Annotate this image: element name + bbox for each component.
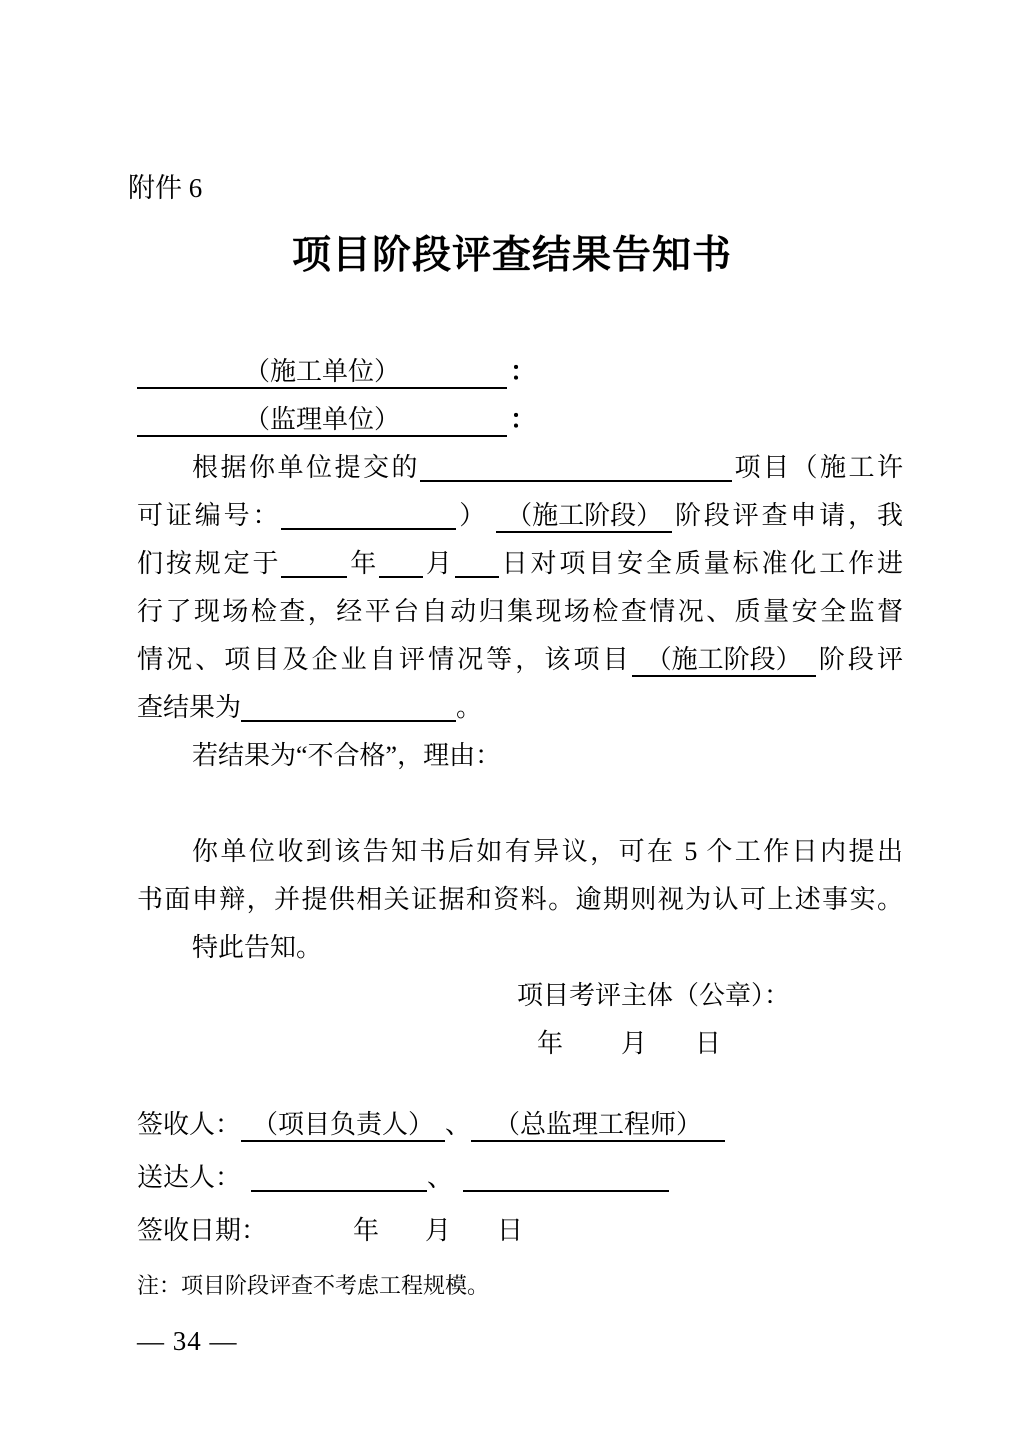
stage-blank: （施工阶段） [496,501,672,533]
text-segment: 行了现场检查，经平台自动归集现场检查情况、质量安全监督 [137,597,903,626]
result-blank [241,694,456,722]
text-segment: 书面申辩，并提供相关证据和资料。逾期则视为认可上述事实。 [137,885,903,914]
body-line-12: 特此告知。 [137,924,903,972]
stage-blank-2: （施工阶段） [632,645,816,677]
supervision-unit-label: （监理单位） [244,405,400,434]
receipt-day-label: 日 [497,1216,523,1245]
body-line-10: 你单位收到该告知书后如有异议，可在 5 个工作日内提出 [137,828,903,876]
construction-unit-label: （施工单位） [244,357,400,386]
construction-unit-colon: ： [510,357,536,386]
signer-line: 签收人：（项目负责人）、（总监理工程师） [137,1098,903,1151]
body-line-7: 情况、项目及企业自评情况等，该项目（施工阶段）阶段评 [137,636,903,684]
issue-month-label: 月 [621,1029,647,1058]
construction-unit-blank: （施工单位） [137,357,507,389]
day-blank [455,550,499,578]
deliverer-label: 送达人： [137,1163,241,1192]
body-line-6: 行了现场检查，经平台自动归集现场检查情况、质量安全监督 [137,588,903,636]
page-number: — 34 — [137,1322,238,1360]
permit-number-blank [281,502,456,530]
stage-label: （施工阶段） [646,645,802,674]
deliverer-blank-2 [463,1164,669,1192]
receipt-year-label: 年 [353,1216,379,1245]
text-segment: 查结果为 [137,693,241,722]
signer-role-1: （项目负责人） [252,1110,434,1139]
issue-year-label: 年 [537,1029,563,1058]
blank-line [137,780,903,828]
project-name-blank [420,454,732,482]
text-segment: 若结果为“不合格”，理由： [192,741,501,770]
issue-day-label: 日 [695,1029,721,1058]
text-segment: 。 [456,693,482,722]
supervision-unit-colon: ： [510,405,536,434]
text-segment: 可证编号： [137,501,281,530]
text-segment: 你单位收到该告知书后如有异议，可在 5 个工作日内提出 [192,837,903,866]
body-line-11: 书面申辩，并提供相关证据和资料。逾期则视为认可上述事实。 [137,876,903,924]
issue-date-line: 年月日 [137,1020,903,1068]
month-label: 月 [423,549,455,578]
text-segment: 日对项目安全质量标准化工作进 [499,549,903,578]
receipt-date-line: 签收日期：年月日 [137,1204,903,1257]
body-line-5: 们按规定于年月日对项目安全质量标准化工作进 [137,540,903,588]
year-blank [281,550,347,578]
text-segment: 们按规定于 [137,549,281,578]
page-title: 项目阶段评查结果告知书 [0,224,1024,280]
signer-role-2: （总监理工程师） [494,1110,702,1139]
issuer-line: 项目考评主体（公章）： [137,972,903,1020]
separator: 、 [445,1110,471,1139]
body-line-3: 根据你单位提交的项目（施工许 [137,444,903,492]
deliverer-blank-1 [251,1164,427,1192]
signer-blank-1: （项目负责人） [241,1110,445,1142]
text-segment: 项目（施工许 [732,453,903,482]
body-line-9: 若结果为“不合格”，理由： [137,732,903,780]
body-line-8: 查结果为。 [137,684,903,732]
document-page: 附件 6 项目阶段评查结果告知书 （施工单位）： （监理单位）： 根据你单位提交… [0,0,1024,1448]
document-body: （施工单位）： （监理单位）： 根据你单位提交的项目（施工许 可证编号：）（施工… [137,348,903,1068]
text-segment: 情况、项目及企业自评情况等，该项目 [137,645,632,674]
receipt-month-label: 月 [425,1216,451,1245]
recipient-line-construction: （施工单位）： [137,348,903,396]
text-segment: 阶段评查申请，我 [672,501,903,530]
issuer-label: 项目考评主体（公章）： [517,981,790,1010]
body-line-4: 可证编号：）（施工阶段）阶段评查申请，我 [137,492,903,540]
stage-label: （施工阶段） [506,501,662,530]
text-segment: 特此告知。 [192,933,322,962]
text-segment: 根据你单位提交的 [192,453,420,482]
footnote: 注：项目阶段评查不考虑工程规模。 [137,1270,489,1302]
supervision-unit-blank: （监理单位） [137,405,507,437]
year-label: 年 [347,549,379,578]
text-segment: 阶段评 [816,645,903,674]
text-segment: ） [456,501,488,530]
attachment-label: 附件 6 [128,170,202,206]
month-blank [379,550,423,578]
receipt-block: 签收人：（项目负责人）、（总监理工程师） 送达人：、 签收日期：年月日 [137,1098,903,1257]
receipt-date-label: 签收日期： [137,1216,267,1245]
signer-blank-2: （总监理工程师） [471,1110,725,1142]
deliverer-line: 送达人：、 [137,1151,903,1204]
separator: 、 [427,1163,453,1192]
recipient-line-supervision: （监理单位）： [137,396,903,444]
signer-label: 签收人： [137,1110,241,1139]
